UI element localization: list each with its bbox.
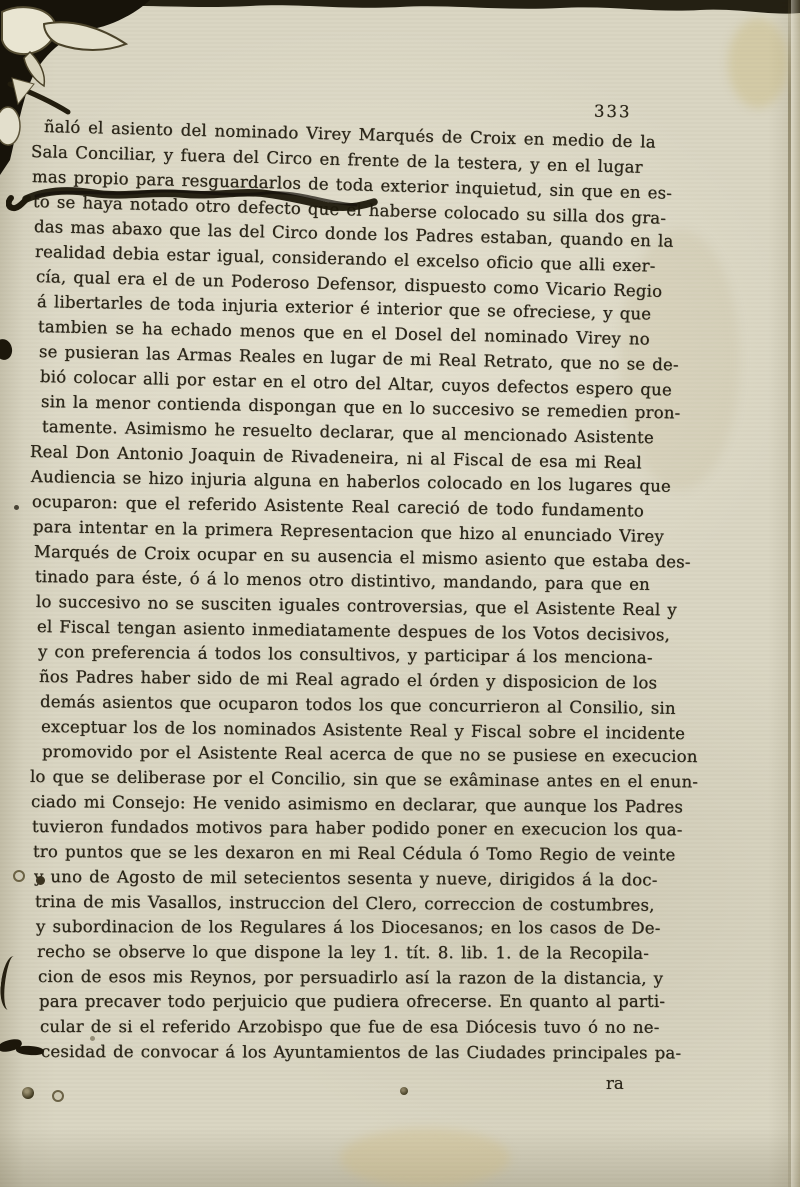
text-line: tuvieron fundados motivos para haber pod… — [32, 814, 644, 842]
bottom-center-dot — [400, 1087, 408, 1095]
margin-curve-mark — [0, 955, 24, 1011]
margin-speck — [90, 1036, 95, 1041]
page-text: ñaló el asiento del nominado Virey Marqu… — [36, 114, 648, 1064]
text-line: cesidad de convocar á los Ayuntamientos … — [41, 1039, 653, 1065]
bottom-left-ring — [52, 1090, 64, 1102]
text-line: recho se observe lo que dispone la ley 1… — [37, 939, 649, 966]
margin-ring-dot — [13, 870, 25, 882]
page-edge-crease — [788, 0, 791, 1187]
margin-blot — [0, 337, 14, 361]
page-edge-strip — [791, 0, 800, 1187]
text-line: cular de si el referido Arzobispo que fu… — [40, 1014, 652, 1040]
text-line: tro puntos que se les dexaron en mi Real… — [33, 839, 645, 867]
bottom-left-dot — [22, 1087, 34, 1099]
text-line: cion de esos mis Reynos, por persuadirlo… — [38, 964, 650, 991]
paper-stain — [340, 1128, 510, 1187]
catchword: ra — [606, 1074, 624, 1093]
scanned-document-page: 333 ñaló el asiento del nominado Virey M… — [0, 0, 800, 1187]
text-line: y uno de Agosto de mil setecientos sesen… — [34, 864, 646, 892]
paper-stain — [728, 18, 788, 108]
margin-solid-dot — [36, 876, 45, 885]
margin-speck — [14, 505, 19, 510]
strikethrough-stroke — [6, 176, 396, 220]
text-line: para precaver todo perjuicio que pudiera… — [39, 989, 651, 1014]
text-line: y subordinacion de los Regulares á los D… — [36, 914, 648, 941]
